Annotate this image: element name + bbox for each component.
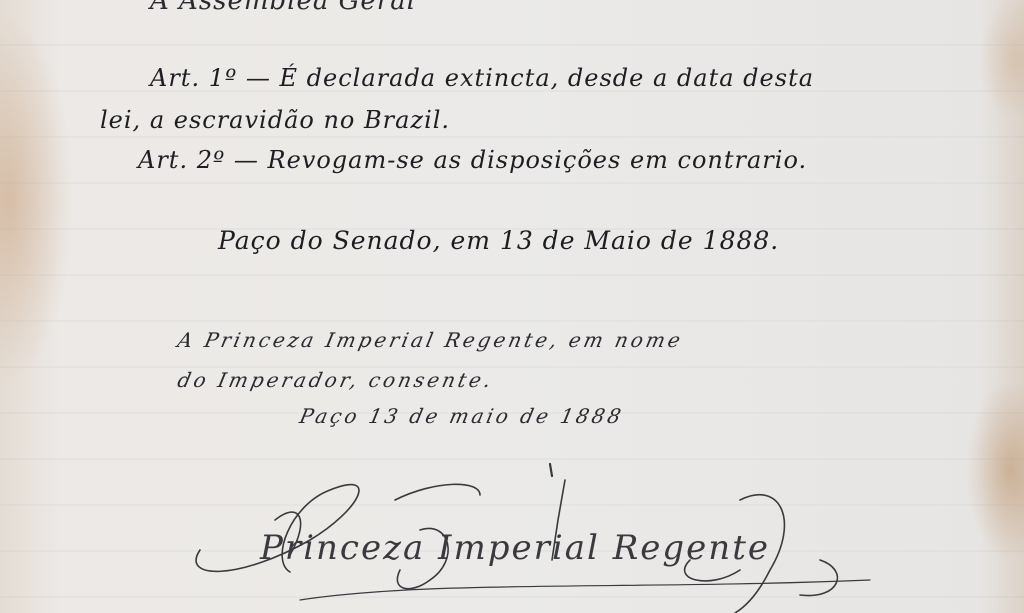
article-2: Art. 2º — Revogam-se as disposições em c… bbox=[138, 146, 807, 174]
sanction-date: Paço 13 de maio de 1888 bbox=[297, 404, 626, 428]
article-1-line-2: lei, a escravidão no Brazil. bbox=[100, 106, 450, 134]
sanction-line-1: A Princeza Imperial Regente, em nome bbox=[175, 328, 685, 352]
sanction-line-2: do Imperador, consente. bbox=[175, 368, 496, 392]
header-fragment: A Assembléa Geral bbox=[150, 0, 416, 16]
signature-block: Princeza Imperial Regente bbox=[180, 460, 880, 613]
signature-text: Princeza Imperial Regente bbox=[260, 528, 770, 568]
article-1-line-1: Art. 1º — É declarada extincta, desde a … bbox=[150, 64, 814, 92]
place-date: Paço do Senado, em 13 de Maio de 1888. bbox=[218, 226, 779, 255]
